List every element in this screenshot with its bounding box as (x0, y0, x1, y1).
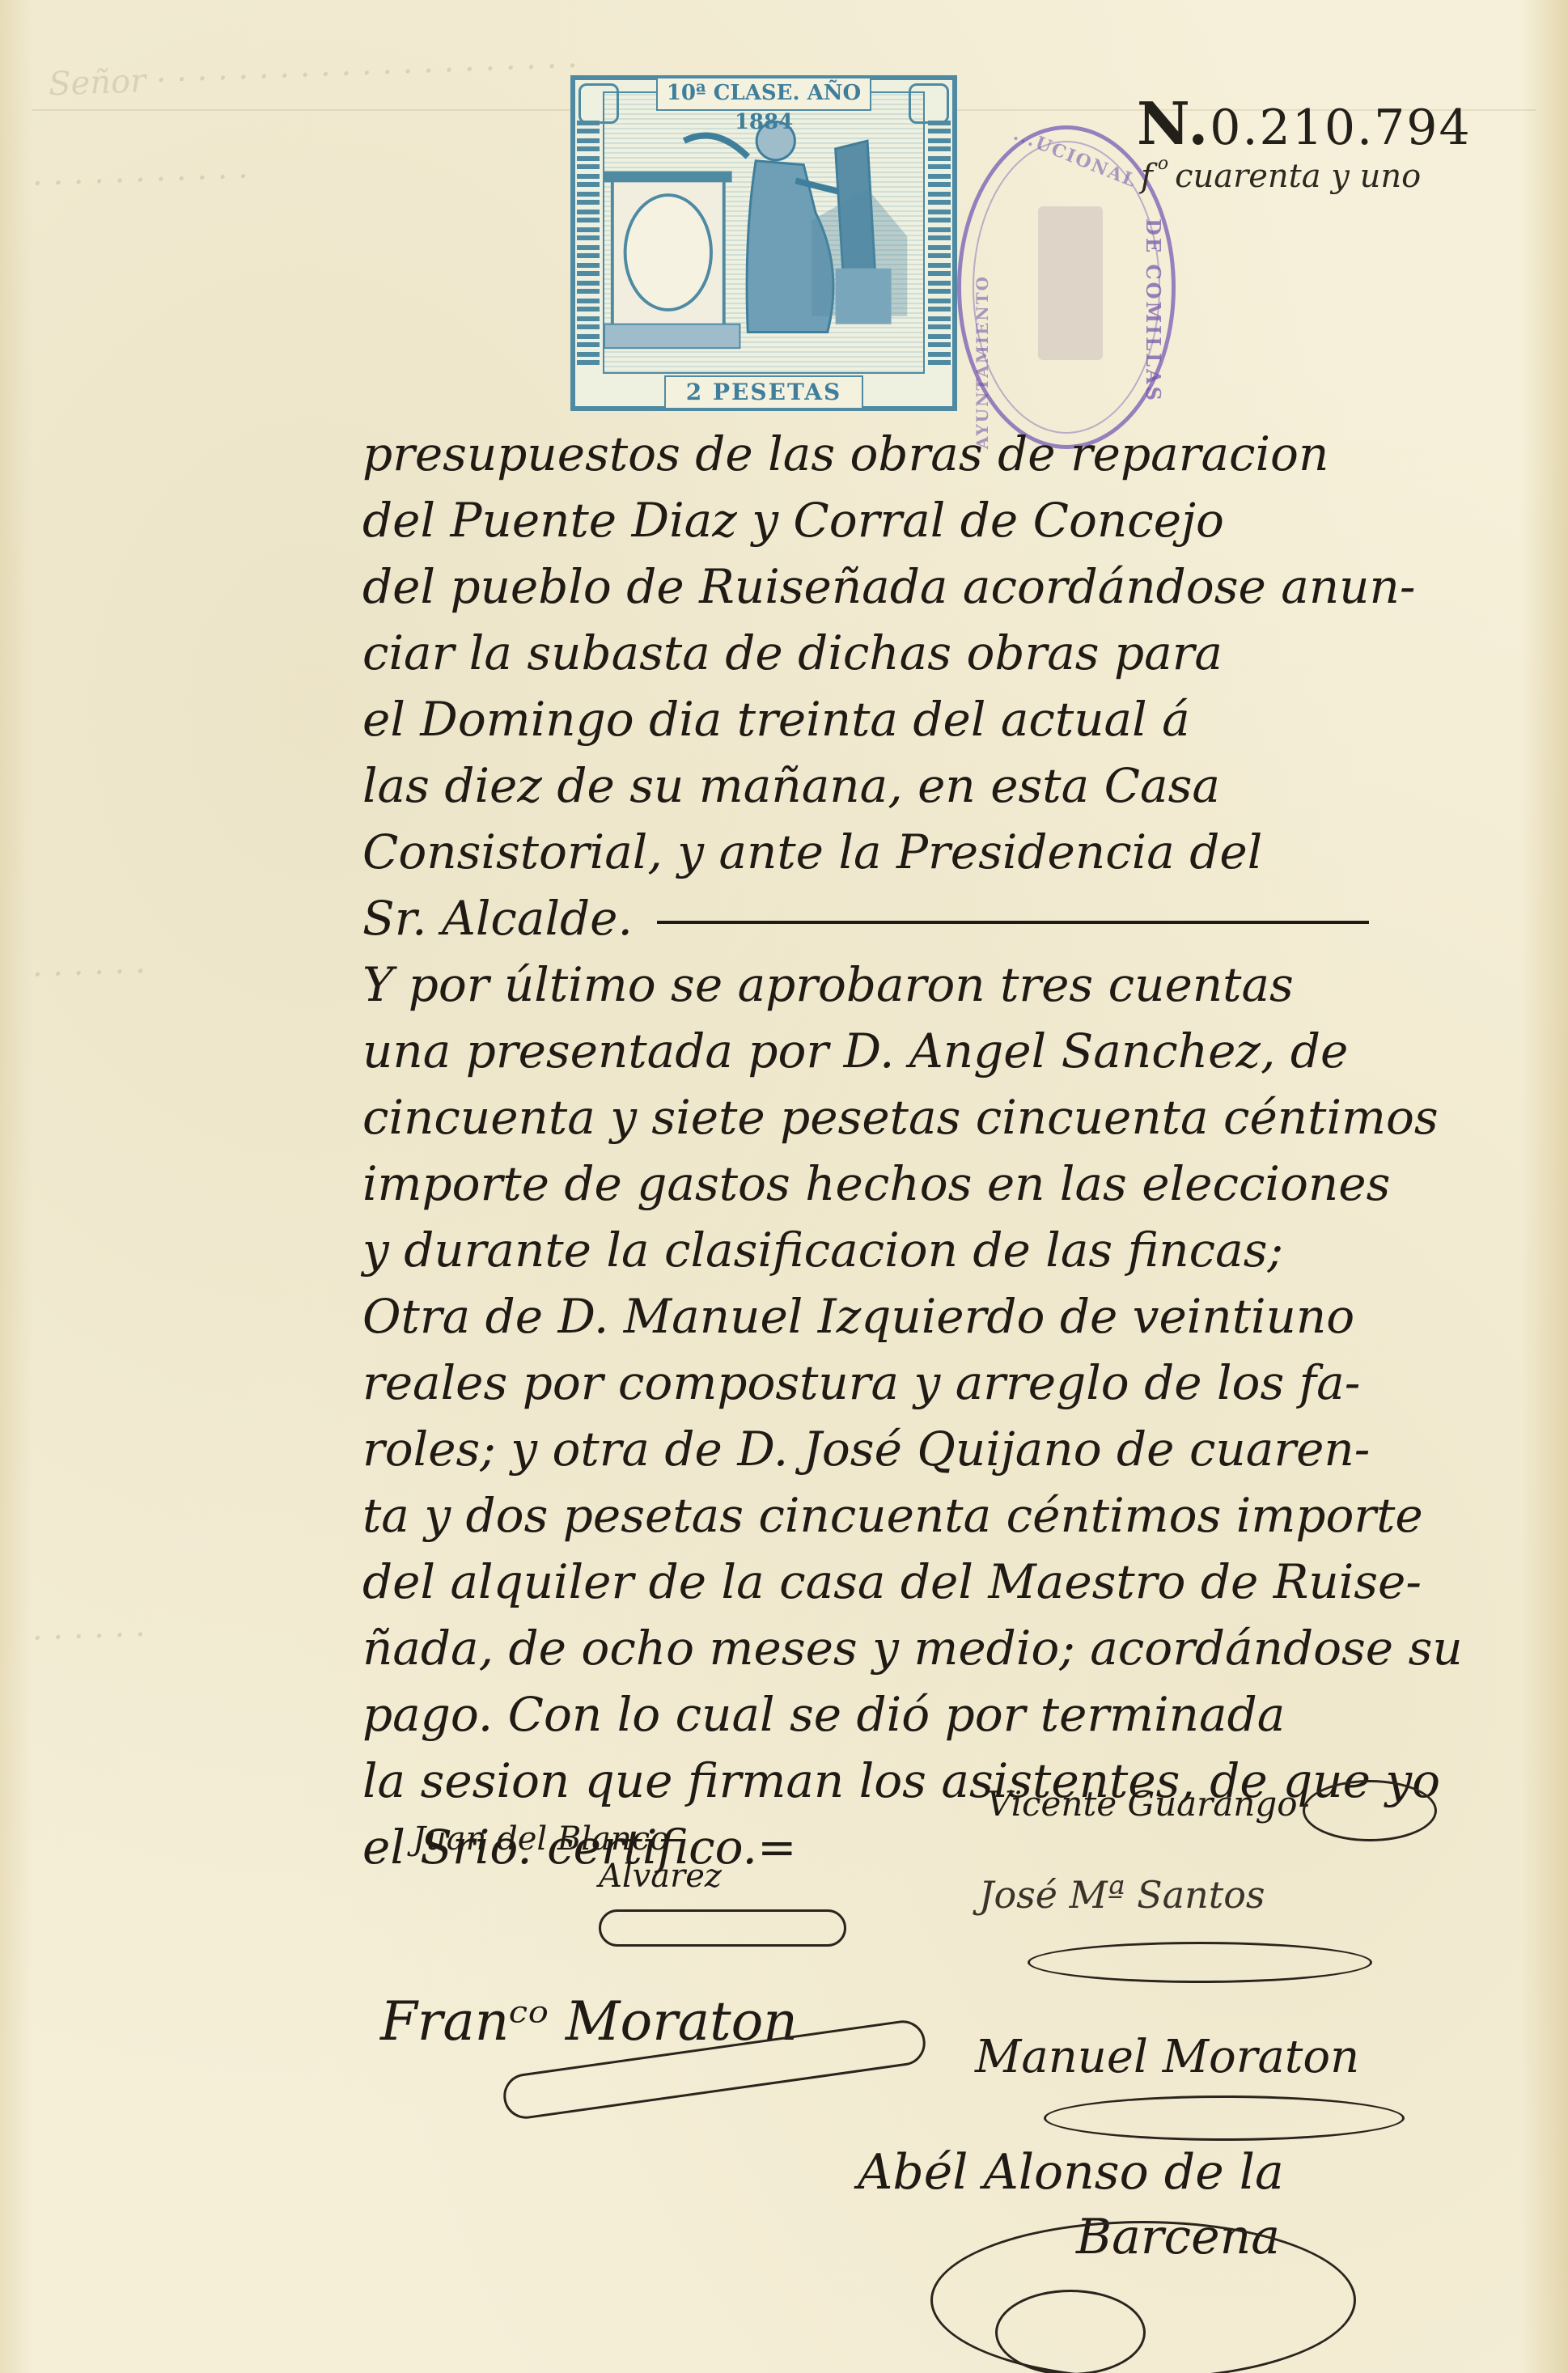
seal-top-text: ...UCIONAL (1011, 124, 1140, 193)
stamp-border-ornament (577, 121, 600, 366)
manuscript-line: cincuenta y siete pesetas cincuenta cént… (362, 1084, 1552, 1150)
manuscript-line: importe de gastos hechos en las eleccion… (362, 1150, 1552, 1217)
folio-text: cuarenta y uno (1175, 158, 1421, 195)
bleed-through-text: · · · · · · (32, 1617, 146, 1658)
serial-prefix: N. (1137, 89, 1210, 158)
bleed-through-text: · · · · · · · · · · · (32, 158, 248, 202)
signature-jose-santos: José Mª Santos (979, 1873, 1265, 1917)
manuscript-line: del Puente Diaz y Corral de Concejo (362, 487, 1552, 553)
signature-flourish-icon (1303, 1780, 1437, 1841)
manuscript-line: presupuestos de las obras de reparacion (362, 421, 1552, 487)
seal-emblem-icon (1038, 206, 1103, 360)
manuscript-line: una presentada por D. Angel Sanchez, de (362, 1018, 1552, 1084)
manuscript-line: Y por último se aprobaron tres cuentas (362, 951, 1552, 1018)
serial-value: 0.210.794 (1210, 100, 1471, 156)
folio-label: f (1141, 158, 1153, 195)
stamp-value: 2 PESETAS (664, 375, 863, 409)
manuscript-line-with-rule: Sr. Alcalde. (362, 885, 1552, 951)
stamp-border-ornament (928, 121, 951, 366)
signature-flourish-icon (1044, 2095, 1405, 2141)
manuscript-line: reales por compostura y arreglo de los f… (362, 1350, 1552, 1416)
stamp-serial-number: N.0.210.794 (1137, 89, 1472, 158)
bleed-through-text: Señor · · · · · · · · · · · · · · · · · … (48, 48, 578, 104)
manuscript-line: del pueblo de Ruiseñada acordándose anun… (362, 553, 1552, 620)
line-filler-rule (657, 921, 1369, 924)
seal-right-text: DE COMILLAS (1142, 218, 1165, 403)
manuscript-line: del alquiler de la casa del Maestro de R… (362, 1549, 1552, 1615)
manuscript-line: el Domingo dia treinta del actual á (362, 686, 1552, 752)
manuscript-line: y durante la clasificacion de las fincas… (362, 1217, 1552, 1283)
bleed-through-text: · · · · · · (32, 953, 146, 994)
manuscript-line: Consistorial, y ante la Presidencia del (362, 819, 1552, 885)
signature-juan-del-blanco: Juan del Blanco Alvarez (413, 1820, 722, 1895)
manuscript-line: Otra de D. Manuel Izquierdo de veintiuno (362, 1283, 1552, 1350)
signature-flourish-icon (930, 2221, 1356, 2373)
signature-vicente-guarango: Vicente Guarango (987, 1784, 1298, 1824)
manuscript-line: las diez de su mañana, en esta Casa (362, 752, 1552, 819)
manuscript-line: ta y dos pesetas cincuenta céntimos impo… (362, 1482, 1552, 1549)
folio-superscript: o (1158, 154, 1168, 174)
signature-flourish-icon (995, 2290, 1146, 2373)
manuscript-line: pago. Con lo cual se dió por terminada (362, 1681, 1552, 1748)
signature-manuel-moraton: Manuel Moraton (975, 2031, 1359, 2083)
signature-flourish-icon (599, 1909, 846, 1947)
manuscript-line-text: Sr. Alcalde. (362, 891, 633, 946)
tax-stamp: 10ª CLASE. AÑO 1884 2 PESETAS (570, 75, 957, 411)
stamp-header: 10ª CLASE. AÑO 1884 (656, 77, 871, 111)
folio-number: focuarenta y uno (1141, 154, 1421, 195)
manuscript-line: ciar la subasta de dichas obras para (362, 620, 1552, 686)
manuscript-body: presupuestos de las obras de reparacion … (362, 421, 1552, 1880)
manuscript-line: ñada, de ocho meses y medio; acordándose… (362, 1615, 1552, 1681)
document-page: Señor · · · · · · · · · · · · · · · · · … (0, 0, 1568, 2373)
signature-flourish-icon (1028, 1942, 1372, 1983)
manuscript-line: roles; y otra de D. José Quijano de cuar… (362, 1416, 1552, 1482)
